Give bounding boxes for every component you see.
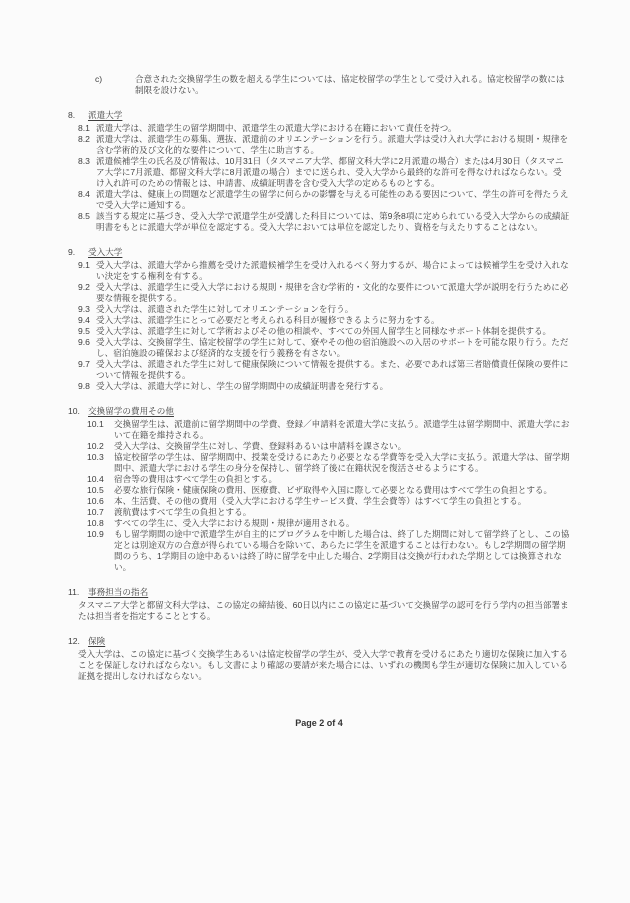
clause-number: 10.8 bbox=[87, 518, 114, 529]
clause-text: 受入大学は、交換留学生、協定校留学の学生に対して、寮やその他の宿泊施設への入居の… bbox=[96, 337, 570, 359]
section-9-number: 9. bbox=[68, 247, 88, 258]
section-8-heading: 8. 派遣大学 bbox=[68, 110, 570, 121]
clause-9-4: 9.4 受入大学は、派遣学生にとって必要だと考えられる科目が履修できるように努力… bbox=[78, 315, 570, 326]
clause-10-2: 10.2 受入大学は、交換留学生に対し、学費、登録料あるいは申請料を課さない。 bbox=[87, 441, 570, 452]
clause-text: 受入大学は、派遣大学から推薦を受けた派遣候補学生を受け入れるべく努力するが、場合… bbox=[96, 260, 570, 282]
section-9-heading: 9. 受入大学 bbox=[68, 247, 570, 258]
clause-10-6: 10.6 本、生活費、その他の費用（受入大学における学生サービス費、学生会費等）… bbox=[87, 496, 570, 507]
section-9-title: 受入大学 bbox=[88, 247, 122, 258]
section-10-number: 10. bbox=[68, 406, 88, 417]
clause-text: 受入大学は、派遣された学生に対してオリエンテーションを行う。 bbox=[96, 304, 570, 315]
clause-8-1: 8.1 派遣大学は、派遣学生の留学期間中、派遣学生の派遣大学における在籍において… bbox=[78, 123, 570, 134]
clause-text: 受入大学は、派遣学生に対して学術およびその他の相談や、すべての外国人留学生と同様… bbox=[96, 326, 570, 337]
clause-10-8: 10.8 すべての学生に、受入大学における規則・規律が適用される。 bbox=[87, 518, 570, 529]
clause-9-2: 9.2 受入大学は、派遣学生に受入大学における規則・規律を含む学術的・文化的な要… bbox=[78, 282, 570, 304]
clause-text: 派遣大学は、健康上の問題など派遣学生の留学に何らかの影響を与える可能性のある要因… bbox=[96, 189, 570, 211]
section-8-number: 8. bbox=[68, 110, 88, 121]
section-insurance: 12. 保険 受入大学は、この協定に基づく交換学生あるいは協定校留学の学生が、受… bbox=[68, 636, 570, 682]
section-10-heading: 10. 交換留学の費用その他 bbox=[68, 406, 570, 417]
clause-number: 8.1 bbox=[78, 123, 96, 134]
clause-text: 必要な旅行保険・健康保険の費用、医療費、ビザ取得や入国に際して必要となる費用はす… bbox=[114, 485, 570, 496]
clause-text: 受入大学は、派遣学生にとって必要だと考えられる科目が履修できるように努力をする。 bbox=[96, 315, 570, 326]
clause-text: 渡航費はすべて学生の負担とする。 bbox=[114, 507, 570, 518]
clause-number: 8.4 bbox=[78, 189, 96, 211]
clause-text: 協定校留学の学生は、留学期間中、授業を受けるにあたり必要となる学費等を受入大学に… bbox=[114, 452, 570, 474]
clause-8-3: 8.3 派遣候補学生の氏名及び情報は、10月31日（タスマニア大学、都留文科大学… bbox=[78, 156, 570, 189]
clause-9-8: 9.8 受入大学は、派遣大学に対し、学生の留学期間中の成績証明書を発行する。 bbox=[78, 381, 570, 392]
clause-number: 9.5 bbox=[78, 326, 96, 337]
clause-text: 宿舎等の費用はすべて学生の負担とする。 bbox=[114, 474, 570, 485]
clause-number: 8.5 bbox=[78, 211, 96, 233]
section-8-title: 派遣大学 bbox=[88, 110, 122, 121]
clause-number: 8.2 bbox=[78, 134, 96, 156]
clause-9-5: 9.5 受入大学は、派遣学生に対して学術およびその他の相談や、すべての外国人留学… bbox=[78, 326, 570, 337]
clause-number: 9.6 bbox=[78, 337, 96, 359]
clause-10-3: 10.3 協定校留学の学生は、留学期間中、授業を受けるにあたり必要となる学費等を… bbox=[87, 452, 570, 474]
clause-10-4: 10.4 宿舎等の費用はすべて学生の負担とする。 bbox=[87, 474, 570, 485]
clause-number: 10.1 bbox=[87, 419, 114, 441]
clause-number: 10.9 bbox=[87, 529, 114, 573]
clause-number: 9.2 bbox=[78, 282, 96, 304]
clause-10-7: 10.7 渡航費はすべて学生の負担とする。 bbox=[87, 507, 570, 518]
clause-8-5: 8.5 該当する規定に基づき、受入大学で派遣学生が受講した科目については、第9条… bbox=[78, 211, 570, 233]
section-11-heading: 11. 事務担当の指名 bbox=[68, 587, 570, 598]
clause-text: 該当する規定に基づき、受入大学で派遣学生が受講した科目については、第9条8項に定… bbox=[96, 211, 570, 233]
section-exchange-costs: 10. 交換留学の費用その他 10.1 交換留学生は、派遣前に留学期間中の学費、… bbox=[68, 406, 570, 573]
section-11-title: 事務担当の指名 bbox=[88, 587, 148, 598]
clause-number: 10.2 bbox=[87, 441, 114, 452]
document-page: c) 合意された交換留学生の数を超える学生については、協定校留学の学生として受け… bbox=[0, 0, 630, 903]
clause-9-1: 9.1 受入大学は、派遣大学から推薦を受けた派遣候補学生を受け入れるべく努力する… bbox=[78, 260, 570, 282]
clause-number: 9.1 bbox=[78, 260, 96, 282]
clause-number: 10.6 bbox=[87, 496, 114, 507]
clause-text: 受入大学は、派遣大学に対し、学生の留学期間中の成績証明書を発行する。 bbox=[96, 381, 570, 392]
clause-number: 9.7 bbox=[78, 359, 96, 381]
clause-text: 派遣候補学生の氏名及び情報は、10月31日（タスマニア大学、都留文科大学に2月派… bbox=[96, 156, 570, 189]
clause-text: 交換留学生は、派遣前に留学期間中の学費、登録／申請料を派遣大学に支払う。派遣学生… bbox=[114, 419, 570, 441]
clause-text: 派遣大学は、派遣学生の募集、選抜、派遣前のオリエンテーションを行う。派遣大学は受… bbox=[96, 134, 570, 156]
clause-10-5: 10.5 必要な旅行保険・健康保険の費用、医療費、ビザ取得や入国に際して必要とな… bbox=[87, 485, 570, 496]
clause-10-1: 10.1 交換留学生は、派遣前に留学期間中の学費、登録／申請料を派遣大学に支払う… bbox=[87, 419, 570, 441]
clause-text: 受入大学は、派遣された学生に対して健康保険について情報を提供する。また、必要であ… bbox=[96, 359, 570, 381]
section-11-body: タスマニア大学と都留文科大学は、この協定の締結後、60日以内にこの協定に基づいて… bbox=[78, 600, 570, 622]
clause-8-4: 8.4 派遣大学は、健康上の問題など派遣学生の留学に何らかの影響を与える可能性の… bbox=[78, 189, 570, 211]
section-receiving-university: 9. 受入大学 9.1 受入大学は、派遣大学から推薦を受けた派遣候補学生を受け入… bbox=[68, 247, 570, 392]
section-11-number: 11. bbox=[68, 587, 88, 598]
clause-text: 受入大学は、派遣学生に受入大学における規則・規律を含む学術的・文化的な要件につい… bbox=[96, 282, 570, 304]
clause-text: もし留学期間の途中で派遣学生が自主的にプログラムを中断した場合は、終了した期間に… bbox=[114, 529, 570, 573]
page-number-footer: Page 2 of 4 bbox=[68, 718, 570, 729]
clause-text: 派遣大学は、派遣学生の留学期間中、派遣学生の派遣大学における在籍において責任を持… bbox=[96, 123, 570, 134]
clause-number: 10.5 bbox=[87, 485, 114, 496]
section-administrative-contact: 11. 事務担当の指名 タスマニア大学と都留文科大学は、この協定の締結後、60日… bbox=[68, 587, 570, 622]
clause-number: 10.4 bbox=[87, 474, 114, 485]
clause-c-text: 合意された交換留学生の数を超える学生については、協定校留学の学生として受け入れる… bbox=[135, 74, 570, 96]
clause-text: すべての学生に、受入大学における規則・規律が適用される。 bbox=[114, 518, 570, 529]
clause-number: 10.7 bbox=[87, 507, 114, 518]
clause-number: 9.8 bbox=[78, 381, 96, 392]
section-12-title: 保険 bbox=[88, 636, 105, 647]
section-12-heading: 12. 保険 bbox=[68, 636, 570, 647]
clause-9-3: 9.3 受入大学は、派遣された学生に対してオリエンテーションを行う。 bbox=[78, 304, 570, 315]
clause-9-6: 9.6 受入大学は、交換留学生、協定校留学の学生に対して、寮やその他の宿泊施設へ… bbox=[78, 337, 570, 359]
clause-text: 本、生活費、その他の費用（受入大学における学生サービス費、学生会費等）はすべて学… bbox=[114, 496, 570, 507]
clause-number: 9.4 bbox=[78, 315, 96, 326]
section-10-title: 交換留学の費用その他 bbox=[88, 406, 174, 417]
section-12-number: 12. bbox=[68, 636, 88, 647]
clause-number: 8.3 bbox=[78, 156, 96, 189]
clause-8-2: 8.2 派遣大学は、派遣学生の募集、選抜、派遣前のオリエンテーションを行う。派遣… bbox=[78, 134, 570, 156]
clause-number: 10.3 bbox=[87, 452, 114, 474]
clause-c-label: c) bbox=[95, 74, 135, 96]
clause-10-9: 10.9 もし留学期間の途中で派遣学生が自主的にプログラムを中断した場合は、終了… bbox=[87, 529, 570, 573]
section-dispatching-university: 8. 派遣大学 8.1 派遣大学は、派遣学生の留学期間中、派遣学生の派遣大学にお… bbox=[68, 110, 570, 233]
clause-text: 受入大学は、交換留学生に対し、学費、登録料あるいは申請料を課さない。 bbox=[114, 441, 570, 452]
section-12-body: 受入大学は、この協定に基づく交換学生あるいは協定校留学の学生が、受入大学で教育を… bbox=[78, 649, 570, 682]
clause-number: 9.3 bbox=[78, 304, 96, 315]
clause-9-7: 9.7 受入大学は、派遣された学生に対して健康保険について情報を提供する。また、… bbox=[78, 359, 570, 381]
clause-c: c) 合意された交換留学生の数を超える学生については、協定校留学の学生として受け… bbox=[95, 74, 570, 96]
